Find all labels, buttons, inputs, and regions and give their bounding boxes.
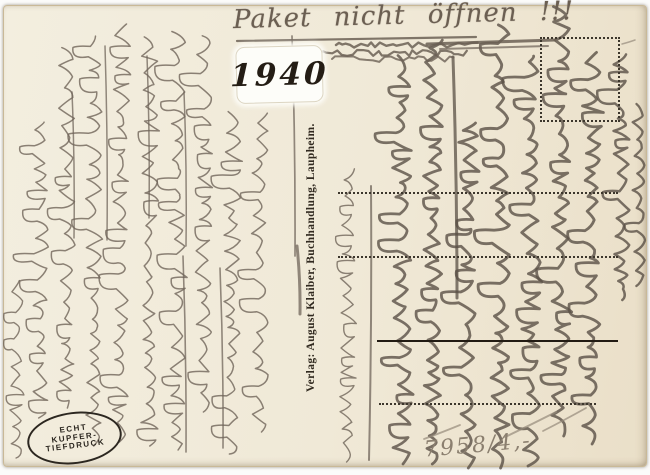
address-line (338, 256, 618, 258)
handwriting-stroke (622, 40, 635, 44)
handwriting-stroke (453, 57, 457, 298)
handwriting-stroke (211, 112, 242, 454)
handwriting-stroke (441, 123, 479, 468)
year-label: 1940 (226, 55, 332, 94)
handwriting-stroke (184, 92, 186, 246)
handwriting-stroke (474, 25, 509, 468)
handwriting-stroke (336, 169, 357, 462)
handwriting-stroke (237, 37, 476, 41)
address-line-solid (377, 340, 618, 342)
handwriting-stroke (427, 40, 555, 44)
handwriting-stroke (320, 50, 467, 56)
handwriting-stroke (105, 46, 107, 240)
handwriting-stroke (625, 104, 645, 286)
handwriting-stroke (369, 186, 371, 460)
handwriting-stroke (99, 24, 130, 442)
address-line (338, 192, 618, 194)
handwriting-stroke (220, 268, 223, 448)
handwriting-stroke (47, 48, 75, 408)
address-line (379, 403, 596, 405)
stamp-box (540, 37, 620, 122)
handwriting-stroke (4, 281, 24, 458)
postcard-photo: Paket nicht öffnen !!! 1940 Verlag: Augu… (0, 0, 650, 475)
handwriting-stroke (336, 43, 478, 48)
handwriting-stroke (155, 32, 187, 451)
handwriting-stroke (440, 46, 548, 49)
handwriting-stroke (332, 56, 454, 62)
handwriting-stroke (416, 40, 442, 464)
handwriting-stroke (297, 246, 300, 314)
handwriting-stroke (72, 92, 74, 238)
publisher-imprint: Verlag: August Klaiber, Buchhandlung, La… (305, 90, 317, 392)
